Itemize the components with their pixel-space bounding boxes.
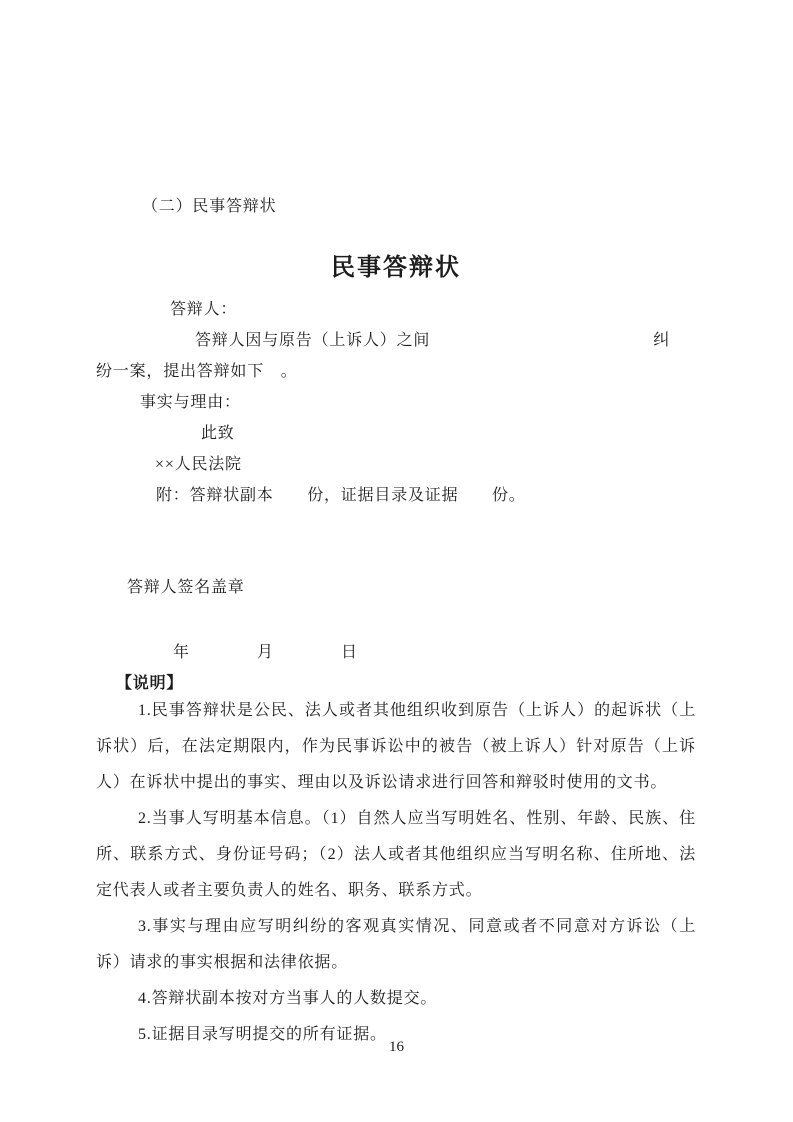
note-item-2: 2.当事人写明基本信息。（1）自然人应当写明姓名、性别、年龄、民族、住所、联系方… — [96, 801, 696, 909]
date-line: 年 月 日 — [173, 637, 696, 668]
notes-body: 1.民事答辩状是公民、法人或者其他组织收到原告（上诉人）的起诉状（上诉状）后，在… — [96, 693, 696, 1053]
attachment-line: 附：答辩状副本 份，证据目录及证据 份。 — [156, 480, 696, 511]
signature-label: 答辩人签名盖章 — [127, 572, 696, 603]
document-body: 答辩人： 答辩人因与原告（上诉人）之间 纠 纷一案，提出答辩如下 。 事实与理由… — [96, 294, 696, 511]
dispute-line: 答辩人因与原告（上诉人）之间 纠 — [96, 325, 696, 356]
facts-reasons-label: 事实与理由： — [140, 387, 696, 418]
salute-line: 此致 — [201, 418, 696, 449]
note-item-4: 4.答辩状副本按对方当事人的人数提交。 — [96, 981, 696, 1017]
document-page: （二）民事答辩状 民事答辩状 答辩人： 答辩人因与原告（上诉人）之间 纠 纷一案… — [0, 0, 793, 1122]
page-number: 16 — [0, 1038, 793, 1056]
court-name-line: ××人民法院 — [155, 449, 696, 480]
section-heading: （二）民事答辩状 — [142, 195, 696, 219]
document-title: 民事答辩状 — [96, 252, 696, 284]
dispute-line-wrap: 纷一案，提出答辩如下 。 — [96, 356, 696, 387]
respondent-label: 答辩人： — [170, 294, 696, 325]
note-item-1: 1.民事答辩状是公民、法人或者其他组织收到原告（上诉人）的起诉状（上诉状）后，在… — [96, 693, 696, 801]
dispute-line-right: 纠 — [653, 325, 670, 356]
dispute-line-left: 答辩人因与原告（上诉人）之间 — [195, 325, 430, 356]
note-item-3: 3.事实与理由应写明纠纷的客观真实情况、同意或者不同意对方诉讼（上诉）请求的事实… — [96, 909, 696, 981]
